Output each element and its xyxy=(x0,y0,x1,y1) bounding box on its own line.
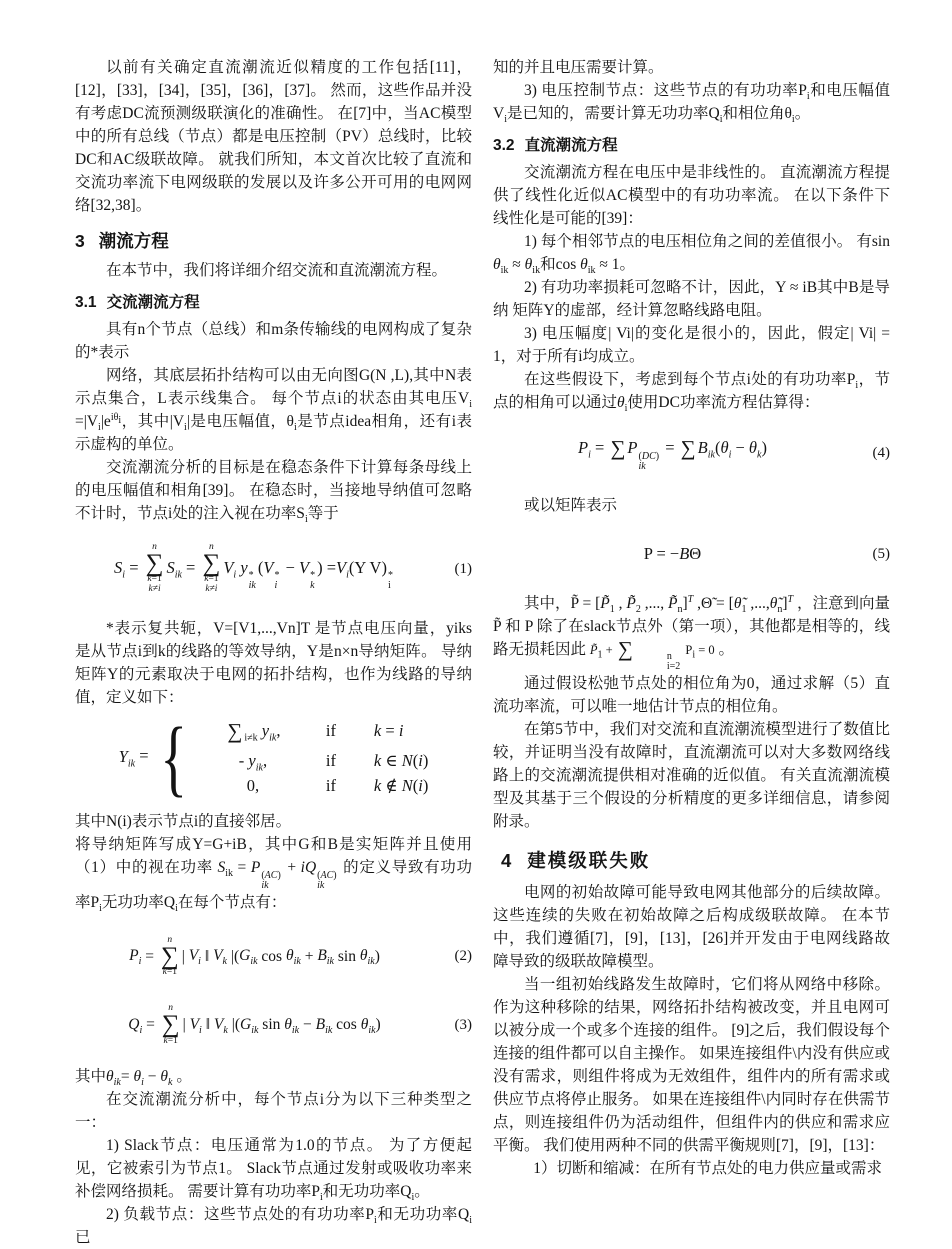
section-title: 直流潮流方程 xyxy=(525,137,618,154)
section-4-heading: 4建模级联失败 xyxy=(493,849,890,873)
paragraph-dc-estimation: 在这些假设下，考虑到每个节点i处的有功功率Pi，节点的相角可以通过θi使用DC功… xyxy=(493,368,890,414)
section-title: 建模级联失败 xyxy=(527,850,650,871)
paragraph-cut-reduce-rule: 1）切断和缩减：在所有节点处的电力供应量或需求 xyxy=(493,1157,890,1180)
section-3-heading: 3潮流方程 xyxy=(75,229,472,253)
equation-4-number: (4) xyxy=(852,442,890,465)
equation-4: Pi = ∑P(DC)ik = ∑Bik(θi − θk) (4) xyxy=(493,436,890,472)
intro-paragraph: 以前有关确定直流潮流近似精度的工作包括[11]，[12]，[33]，[34]，[… xyxy=(75,56,472,217)
paragraph-assumption-2: 2) 有功功率损耗可忽略不计，因此，Y ≈ iB其中B是导纳 矩阵Y的虚部，经计… xyxy=(493,276,890,322)
paragraph-load-node-continued: 知的并且电压需要计算。 xyxy=(493,56,890,79)
paragraph-section5-reference: 在第5节中，我们对交流和直流潮流模型进行了数值比较，并证明当没有故障时，直流潮流… xyxy=(493,718,890,833)
paragraph-theta: 其中θik= θi − θk 。 xyxy=(75,1065,472,1088)
left-column: 以前有关确定直流潮流近似精度的工作包括[11]，[12]，[33]，[34]，[… xyxy=(75,56,472,1249)
section-number: 3.1 xyxy=(75,294,97,311)
paragraph-voltage-controlled-node: 3) 电压控制节点：这些节点的有功功率Pi和电压幅值 Vi是已知的，需要计算无功… xyxy=(493,79,890,125)
paragraph-cascade-process: 当一组初始线路发生故障时，它们将从网络中移除。作为这种移除的结果，网络拓扑结构被… xyxy=(493,973,890,1157)
equation-cases-body: Yik = {∑i≠k yik,ifk = i- yik,ifk ∈ N(i)0… xyxy=(75,719,472,796)
paragraph-vectors: 其中，P̃ = [P̃1 , P̃2 ,..., P̃n]T ,Θ̃ = [θ̃… xyxy=(493,592,890,673)
equation-3: Qi = n∑k=1| Vi ‖ Vk |(Gik sin θik − Bik … xyxy=(75,1004,472,1046)
right-column: 知的并且电压需要计算。 3) 电压控制节点：这些节点的有功功率Pi和电压幅值 V… xyxy=(493,56,890,1180)
paragraph-matrix-form: 或以矩阵表示 xyxy=(493,494,890,517)
paragraph-slack-node: 1) Slack节点：电压通常为1.0的节点。 为了方便起见，它被索引为节点1。… xyxy=(75,1134,472,1203)
paragraph-complex: 具有n个节点（总线）和m条传输线的电网构成了复杂的*表示 xyxy=(75,318,472,364)
section-number: 4 xyxy=(501,850,513,871)
paragraph-network: 网络，其底层拓扑结构可以由无向图G(N ,L),其中N表示点集合，L表示线集合。… xyxy=(75,364,472,456)
equation-3-number: (3) xyxy=(434,1014,472,1037)
paragraph-assumption-3: 3) 电压幅度| Vi|的变化是很小的，因此，假定| Vi| = 1，对于所有i… xyxy=(493,322,890,368)
paragraph-dc-intro: 交流潮流方程在电压中是非线性的。 直流潮流方程提供了线性化近似AC模型中的有功功… xyxy=(493,161,890,230)
section-title: 交流潮流方程 xyxy=(107,294,200,311)
paragraph-goal: 交流潮流分析的目标是在稳态条件下计算每条母线上的电压幅值和相角[39]。 在稳态… xyxy=(75,456,472,525)
section-title: 潮流方程 xyxy=(99,231,169,251)
equation-cases: Yik = {∑i≠k yik,ifk = i- yik,ifk ∈ N(i)0… xyxy=(75,719,472,796)
equation-5-number: (5) xyxy=(852,543,890,566)
paragraph-load-node: 2) 负载节点：这些节点处的有功功率Pi和无功功率Qi已 xyxy=(75,1203,472,1249)
paragraph-node-types: 在交流潮流分析中，每个节点i分为以下三种类型之一： xyxy=(75,1088,472,1134)
section-3-1-heading: 3.1交流潮流方程 xyxy=(75,292,472,314)
paragraph-cascade-intro: 电网的初始故障可能导致电网其他部分的后续故障。这些连续的失败在初始故障之后构成级… xyxy=(493,881,890,973)
section-3-2-heading: 3.2直流潮流方程 xyxy=(493,135,890,157)
equation-2-body: Pi = n∑k=1| Vi ‖ Vk |(Gik cos θik + Bik … xyxy=(75,936,434,978)
paper-page: { "paper": { "left": { "intro_para": "以前… xyxy=(0,0,952,1232)
paragraph-conjugate: *表示复共轭，V=[V1,...,Vn]T 是节点电压向量，yiks是从节点i到… xyxy=(75,617,472,709)
equation-5: P = −BΘ (5) xyxy=(493,543,890,566)
section-3-intro-paragraph: 在本节中，我们将详细介绍交流和直流潮流方程。 xyxy=(75,259,472,282)
section-number: 3.2 xyxy=(493,137,515,154)
paragraph-admittance: 将导纳矩阵写成Y=G+iB，其中G和B是实矩阵并且使用（1）中的视在功率 Sik… xyxy=(75,833,472,914)
equation-2-number: (2) xyxy=(434,945,472,968)
equation-1-number: (1) xyxy=(434,558,472,581)
equation-4-body: Pi = ∑P(DC)ik = ∑Bik(θi − θk) xyxy=(493,436,852,472)
section-number: 3 xyxy=(75,231,85,251)
equation-3-body: Qi = n∑k=1| Vi ‖ Vk |(Gik sin θik − Bik … xyxy=(75,1004,434,1046)
paragraph-assumption-1: 1) 每个相邻节点的电压相位角之间的差值很小。 有sin θik ≈ θik和c… xyxy=(493,230,890,276)
equation-1: Si = n∑k=1k≠iSik = n∑k=1k≠iVi y*ik(V*i −… xyxy=(75,543,472,595)
equation-2: Pi = n∑k=1| Vi ‖ Vk |(Gik cos θik + Bik … xyxy=(75,936,472,978)
equation-5-body: P = −BΘ xyxy=(493,544,852,564)
equation-1-body: Si = n∑k=1k≠iSik = n∑k=1k≠iVi y*ik(V*i −… xyxy=(75,543,434,595)
paragraph-neighbors: 其中N(i)表示节点i的直接邻居。 xyxy=(75,810,472,833)
paragraph-slack-angle: 通过假设松弛节点处的相位角为0，通过求解（5）直流功率流，可以唯一地估计节点的相… xyxy=(493,672,890,718)
